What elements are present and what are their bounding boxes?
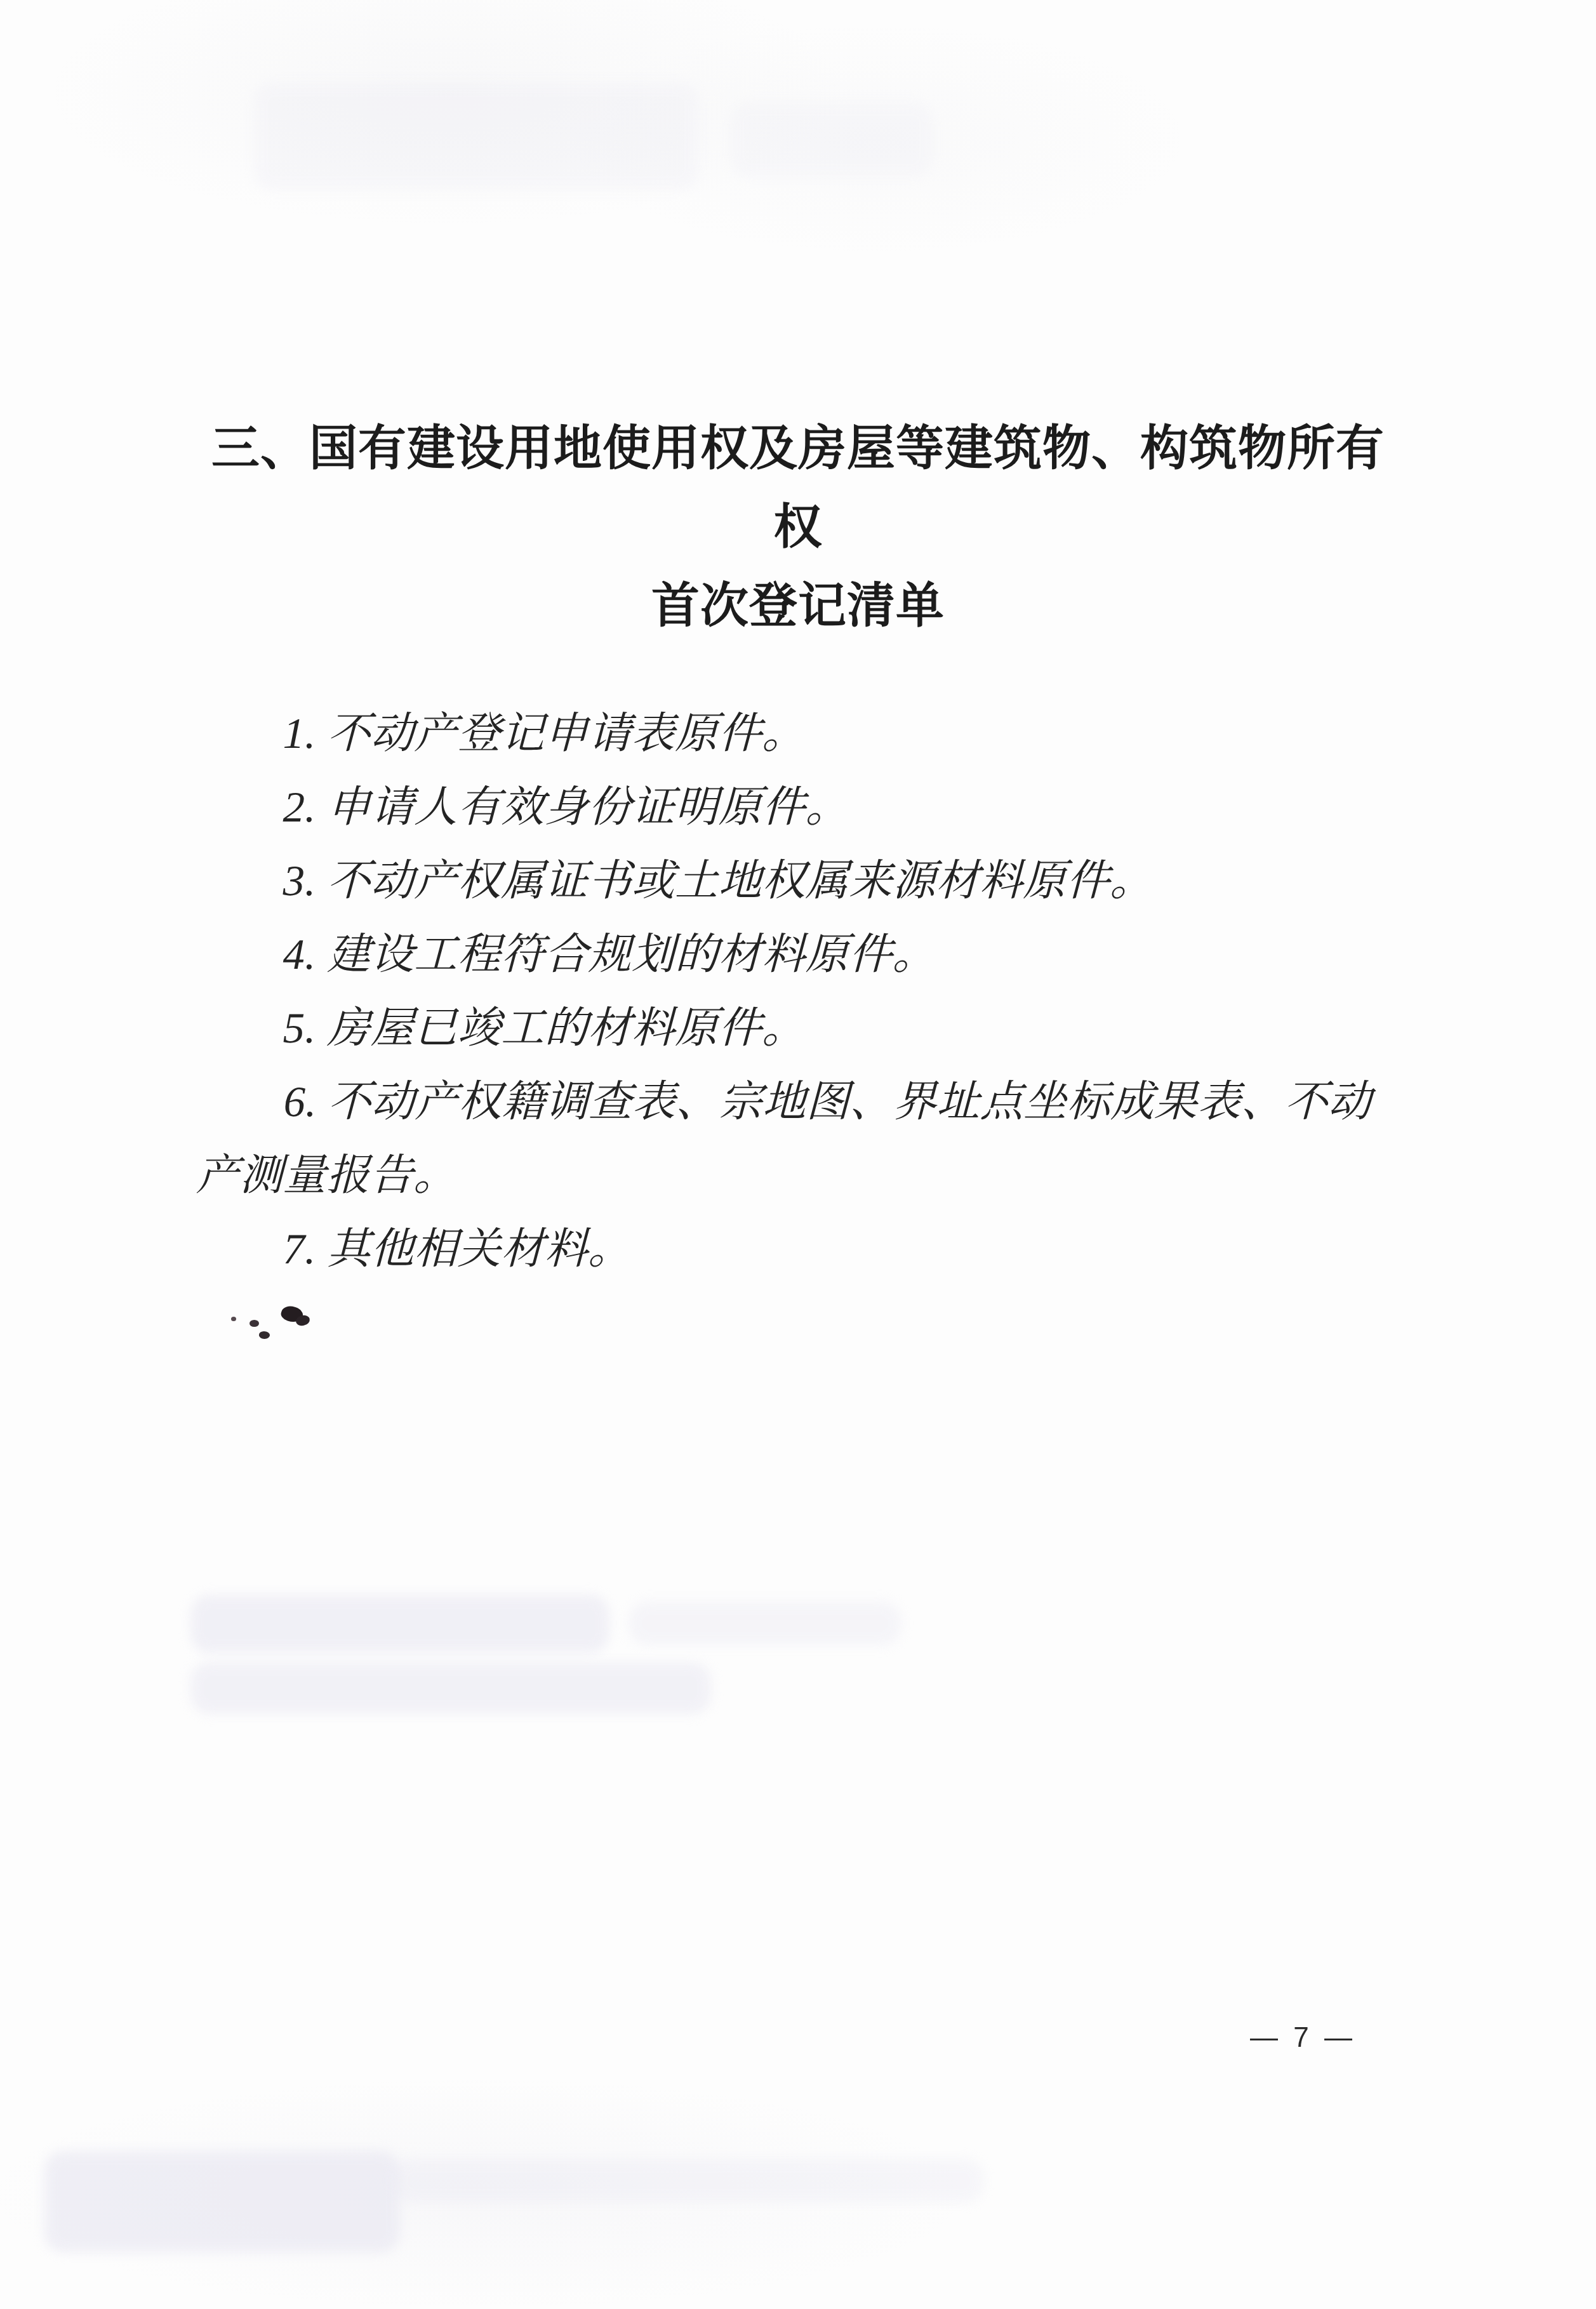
checklist: 1. 不动产登记申请表原件。 2. 申请人有效身份证明原件。 3. 不动产权属证… — [197, 696, 1390, 1286]
list-item-1: 1. 不动产登记申请表原件。 — [196, 696, 1391, 770]
list-item-3: 3. 不动产权属证书或土地权属来源材料原件。 — [196, 844, 1391, 917]
bleed-through-smudge — [628, 1601, 901, 1646]
document-page: 三、国有建设用地使用权及房屋等建筑物、构筑物所有权 首次登记清单 1. 不动产登… — [0, 0, 1596, 2309]
ink-smudge-dot — [259, 1331, 270, 1339]
bleed-through-smudge — [44, 2151, 400, 2252]
list-item-2: 2. 申请人有效身份证明原件。 — [196, 770, 1391, 844]
ink-smudge-dot — [231, 1317, 236, 1321]
list-item-7: 7. 其他相关材料。 — [196, 1212, 1391, 1286]
list-item-5: 5. 房屋已竣工的材料原件。 — [196, 991, 1391, 1065]
title-line-1: 三、国有建设用地使用权及房屋等建筑物、构筑物所有权 — [197, 409, 1399, 567]
list-item-4: 4. 建设工程符合规划的材料原件。 — [196, 917, 1391, 991]
bleed-through-smudge — [394, 2159, 984, 2203]
bleed-through-smudge — [190, 1595, 609, 1653]
bleed-through-smudge — [190, 1662, 711, 1714]
page-title: 三、国有建设用地使用权及房屋等建筑物、构筑物所有权 首次登记清单 — [197, 409, 1399, 646]
bleed-through-smudge — [254, 83, 698, 190]
list-item-6: 6. 不动产权籍调查表、宗地图、界址点坐标成果表、不动产测量报告。 — [196, 1065, 1392, 1212]
page-number: — 7 — — [1250, 2022, 1356, 2054]
bleed-through-smudge — [730, 102, 933, 178]
ink-smudge-dot — [249, 1320, 259, 1327]
title-line-2: 首次登记清单 — [197, 567, 1399, 646]
